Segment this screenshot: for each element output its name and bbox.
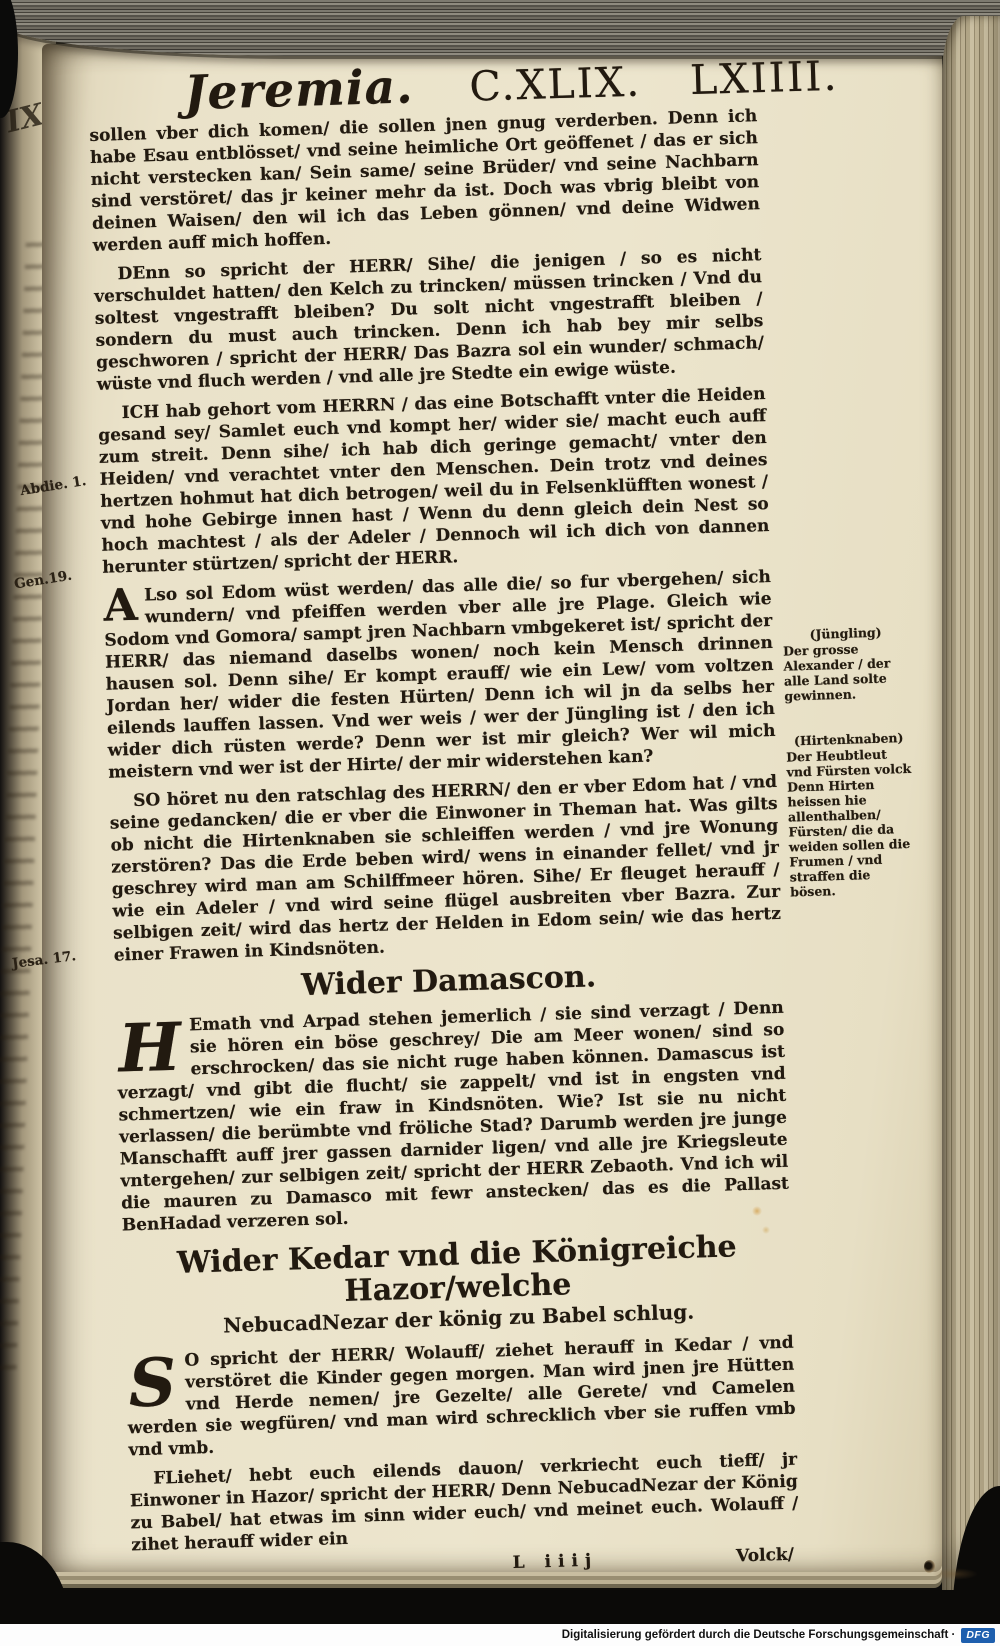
drop-cap-s: S (126, 1350, 186, 1413)
chapter-number: C.XLIX. (469, 58, 642, 111)
book-scan: IX. Jeremia. C.XLIX. LXIIII. sollen vber… (0, 0, 1000, 1646)
margin-note-juengling: (Jüngling) Der grosse Alexander / der al… (782, 624, 910, 704)
credit-text: Digitalisierung gefördert durch die Deut… (562, 1629, 956, 1641)
drop-cap-a: A (103, 585, 145, 627)
paragraph-denn-so-spricht: DEnn so spricht der HERR/ Sihe/ die jeni… (93, 244, 765, 396)
scan-background-bottom (0, 1590, 1000, 1624)
paragraph-continuation: sollen vber dich komen/ die sollen jnen … (89, 105, 761, 257)
digitization-credit-bar: Digitalisierung gefördert durch die Deut… (0, 1624, 1000, 1646)
dfg-logo: DFG (961, 1628, 995, 1643)
running-title: Jeremia. (184, 76, 414, 105)
page-edges-right (942, 16, 1000, 1596)
paragraph-fliehet: FLiehet/ hebt euch eilends dauon/ verkri… (129, 1449, 799, 1557)
paragraph-so-horet: SO höret nu den ratschlag des HERRN/ den… (109, 771, 782, 967)
page-content: Jeremia. C.XLIX. LXIIII. sollen vber dic… (88, 66, 800, 1585)
signature-mark: L iiij (512, 1550, 598, 1575)
paper-stain (762, 1226, 770, 1234)
chapter-folio: C.XLIX. LXIIII. (469, 65, 839, 98)
page-edges-top (0, 0, 1000, 56)
paragraph-also-sol-edom: ALso sol Edom wüst werden/ das alle die/… (103, 566, 777, 784)
drop-cap-h: H (116, 1014, 191, 1077)
paragraph-text: Emath vnd Arpad stehen jemerlich / sie s… (118, 998, 790, 1236)
catchword: Volck/ (736, 1544, 794, 1568)
paragraph-so-spricht: SO spricht der HERR/ Wolauff/ ziehet her… (126, 1332, 797, 1462)
margin-note-body: Der grosse Alexander / der alle Land sol… (783, 640, 911, 704)
paragraph-text: Lso sol Edom wüst werden/ das alle die/ … (104, 567, 776, 783)
paragraph-ich-hab-gehort: ICH hab gehort vom HERRN / das eine Bots… (97, 383, 770, 579)
book-page: Jeremia. C.XLIX. LXIIII. sollen vber dic… (42, 44, 942, 1572)
paragraph-hemath: HEmath vnd Arpad stehen jemerlich / sie … (116, 997, 790, 1237)
paper-smudge (932, 1568, 978, 1580)
paper-stain (752, 1206, 762, 1216)
margin-note-hirtenknaben: (Hirtenknaben) Der Heubtleut vnd Fürsten… (786, 730, 917, 900)
paragraph-text: O spricht der HERR/ Wolauff/ ziehet hera… (128, 1333, 796, 1461)
folio-number: LXIIII. (689, 52, 839, 104)
margin-note-body: Der Heubtleut vnd Fürsten volck Denn Hir… (786, 746, 916, 900)
page-header: Jeremia. C.XLIX. LXIIII. (184, 66, 756, 106)
